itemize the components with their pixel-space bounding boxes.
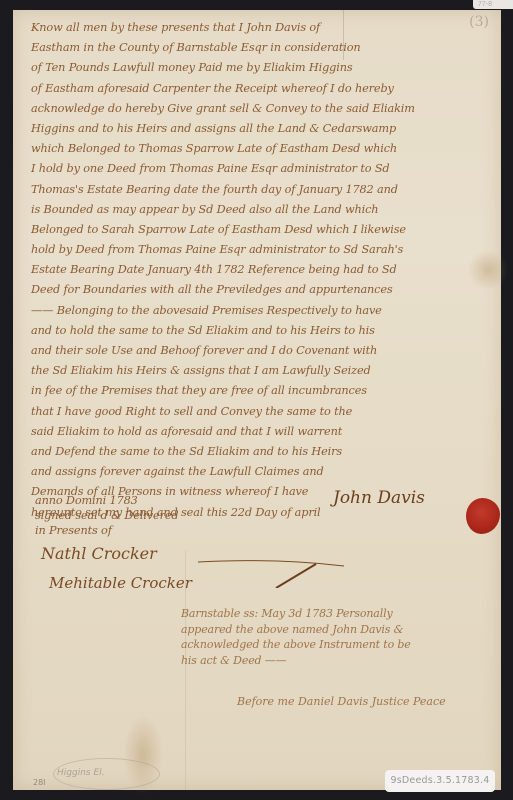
ack-line: his act & Deed —— <box>181 653 501 669</box>
body-line: and Defend the same to the Sd Eliakim an… <box>31 442 501 462</box>
body-line: of Ten Pounds Lawfull money Paid me by E… <box>31 58 501 78</box>
body-line: and their sole Use and Behoof forever an… <box>31 341 501 361</box>
archive-label: 9sDeeds.3.5.1783.4 <box>385 770 495 792</box>
body-line: Thomas's Estate Bearing date the fourth … <box>31 180 501 200</box>
pen-flourish <box>196 558 346 588</box>
body-line: Belonged to Sarah Sparrow Late of Eastha… <box>31 220 501 240</box>
body-line: Eastham in the County of Barnstable Esqr… <box>31 38 501 58</box>
witness-intro-line: signed seal'd & Delivered <box>35 508 178 523</box>
ack-line: acknowledged the above Instrument to be <box>181 637 501 653</box>
body-line: and to hold the same to the Sd Eliakim a… <box>31 321 501 341</box>
body-line: and assigns forever against the Lawfull … <box>31 462 501 482</box>
scan-frame: 77-8 (3) Know all men by these presents … <box>0 0 513 800</box>
wax-seal <box>466 498 500 534</box>
ack-line: appeared the above named John Davis & <box>181 622 501 638</box>
body-line: of Eastham aforesaid Carpenter the Recei… <box>31 79 501 99</box>
justice-signature: Before me Daniel Davis Justice Peace <box>237 695 446 708</box>
deed-document: (3) Know all men by these presents that … <box>13 10 501 790</box>
body-line: which Belonged to Thomas Sparrow Late of… <box>31 139 501 159</box>
body-line: Higgins and to his Heirs and assigns all… <box>31 119 501 139</box>
witness-signature: Nathl Crocker <box>41 544 157 563</box>
witness-block: anno Domini 1783 signed seal'd & Deliver… <box>35 493 178 538</box>
body-line: said Eliakim to hold as aforesaid and th… <box>31 422 501 442</box>
body-line: I hold by one Deed from Thomas Paine Esq… <box>31 159 501 179</box>
body-line: that I have good Right to sell and Conve… <box>31 402 501 422</box>
body-line: the Sd Eliakim his Heirs & assigns that … <box>31 361 501 381</box>
deed-body: Know all men by these presents that I Jo… <box>31 18 501 523</box>
ack-line: Barnstable ss: May 3d 1783 Personally <box>181 606 501 622</box>
grantor-signature: John Davis <box>333 488 425 508</box>
pencil-number: 28I <box>33 778 46 787</box>
witness-intro-line: in Presents of <box>35 523 178 538</box>
date-line: anno Domini 1783 <box>35 493 178 508</box>
body-line: hold by Deed from Thomas Paine Esqr admi… <box>31 240 501 260</box>
body-line: Estate Bearing Date January 4th 1782 Ref… <box>31 260 501 280</box>
body-line: —— Belonging to the abovesaid Premises R… <box>31 301 501 321</box>
acknowledgment-block: Barnstable ss: May 3d 1783 Personally ap… <box>181 606 501 668</box>
body-line: acknowledge do hereby Give grant sell & … <box>31 99 501 119</box>
body-line: Deed for Boundaries with all the Previle… <box>31 280 501 300</box>
corner-tag: 77-8 <box>473 0 513 9</box>
body-line: Know all men by these presents that I Jo… <box>31 18 501 38</box>
body-line: in fee of the Premises that they are fre… <box>31 381 501 401</box>
body-line: is Bounded as may appear by Sd Deed also… <box>31 200 501 220</box>
witness-signature: Mehitable Crocker <box>49 574 192 592</box>
pencil-note: Higgins El. <box>57 768 105 778</box>
